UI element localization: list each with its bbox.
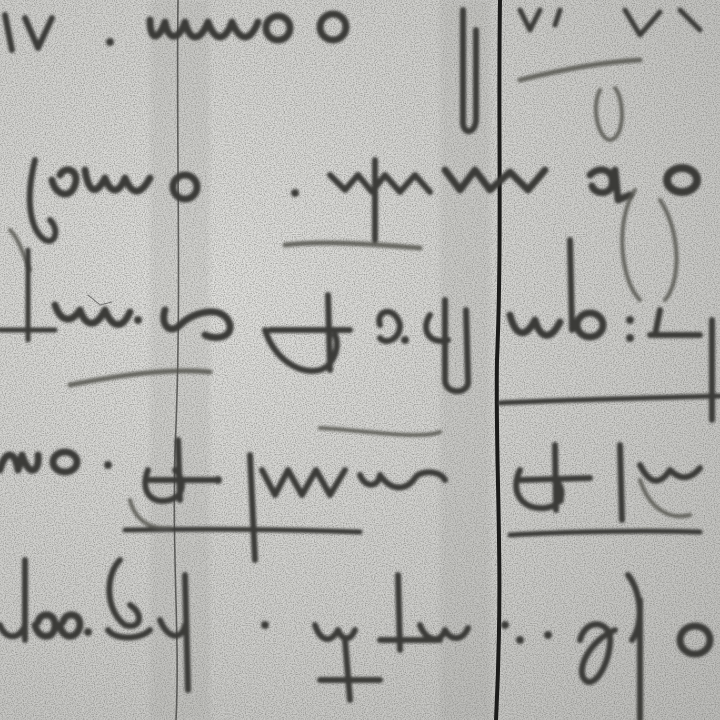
manuscript-drawing [0,0,720,720]
manuscript-photo: handwritten manuscript fragment in an un… [0,0,720,720]
surface-texture [0,0,720,720]
